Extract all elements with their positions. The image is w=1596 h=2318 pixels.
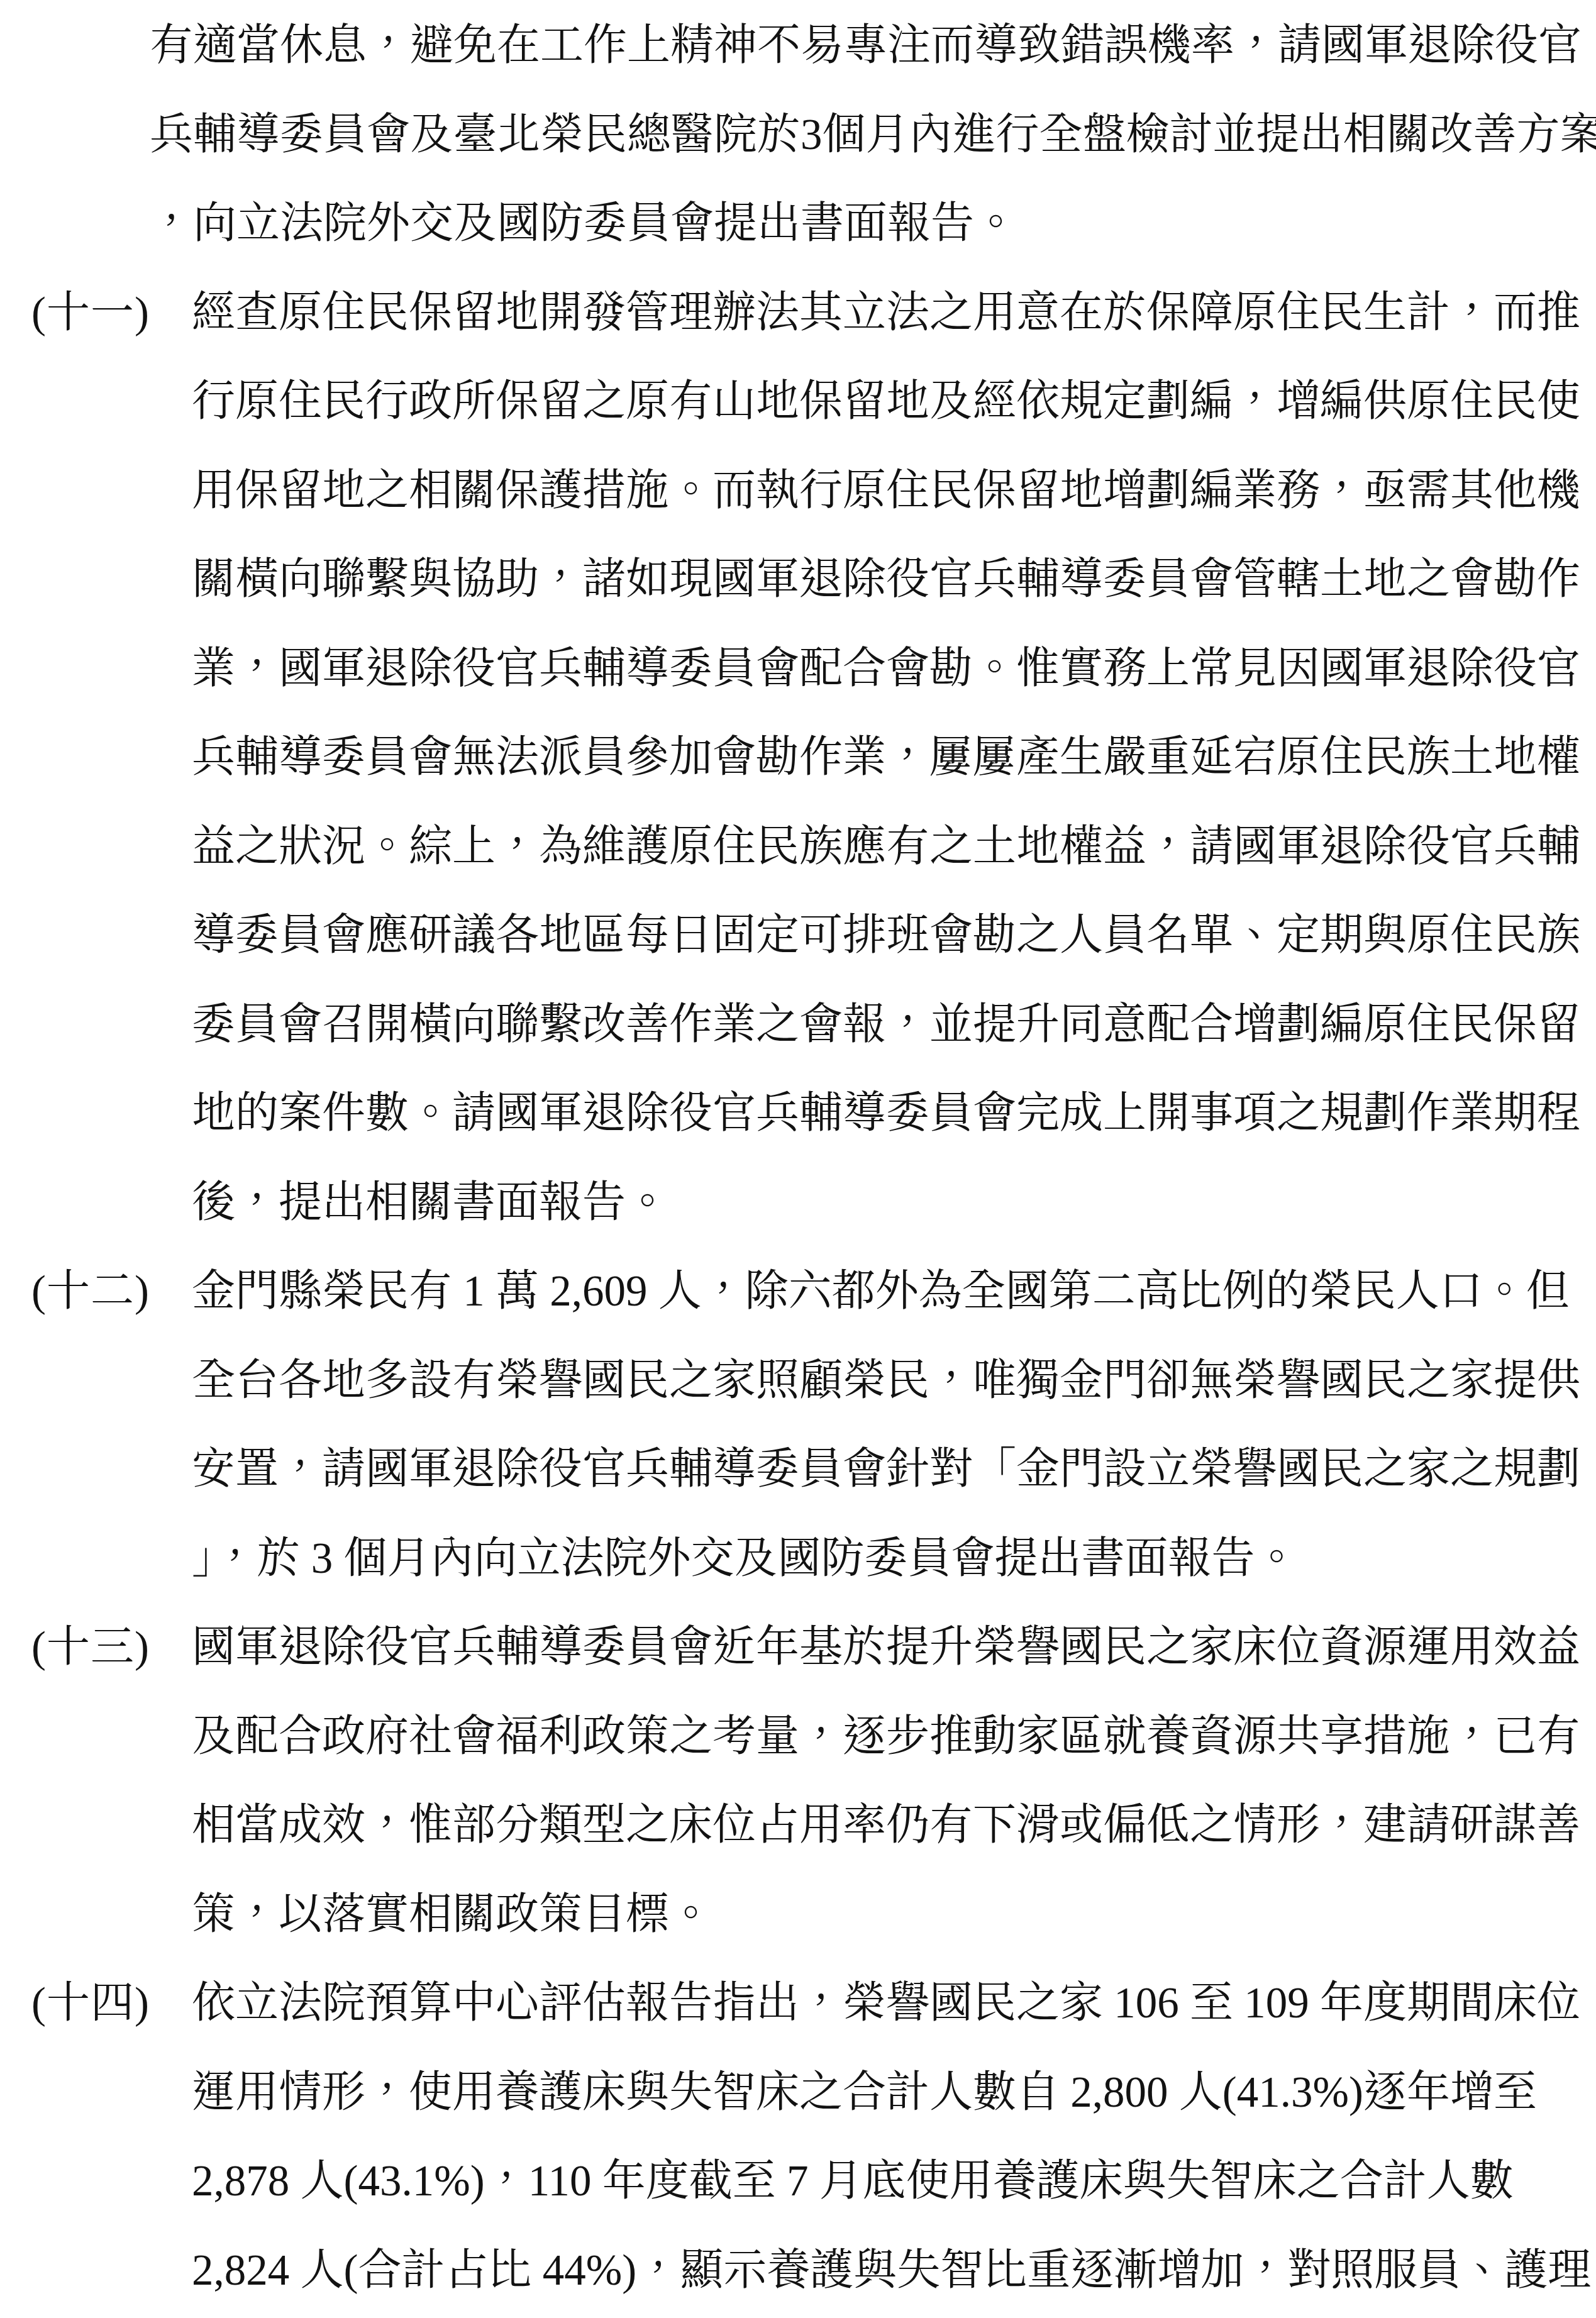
item-marker: (十一) (31, 269, 192, 358)
item-text: 經查原住民保留地開發管理辦法其立法之用意在於保障原住民生計，而推 (192, 289, 1580, 336)
text-line: 安置，請國軍退除役官兵輔導委員會針對「金門設立榮譽國民之家之規劃 (0, 1425, 1596, 1514)
item-text: 國軍退除役官兵輔導委員會近年基於提升榮譽國民之家床位資源運用效益 (192, 1623, 1580, 1671)
text-line: 兵輔導委員會無法派員參加會勘作業，屢屢產生嚴重延宕原住民族土地權 (0, 713, 1596, 802)
document-page: 有適當休息，避免在工作上精神不易專注而導致錯誤機率，請國軍退除役官 兵輔導委員會… (0, 0, 1596, 2318)
list-item-14-first-line: (十四)依立法院預算中心評估報告指出，榮譽國民之家 106 至 109 年度期間… (0, 1959, 1596, 2048)
item-marker: (十四) (31, 1959, 192, 2048)
text-line: 益之狀況。綜上，為維護原住民族應有之土地權益，請國軍退除役官兵輔 (0, 802, 1596, 892)
text-line: 及配合政府社會福利政策之考量，逐步推動家區就養資源共享措施，已有 (0, 1692, 1596, 1782)
text-line: 2,878 人(43.1%)，110 年度截至 7 月底使用養護床與失智床之合計… (0, 2137, 1596, 2226)
text-line: 2,824 人(合計占比 44%)，顯示養護與失智比重逐漸增加，對照服員、護理 (0, 2226, 1596, 2315)
text-line: 用保留地之相關保護措施。而執行原住民保留地增劃編業務，亟需其他機 (0, 446, 1596, 536)
item-text: 依立法院預算中心評估報告指出，榮譽國民之家 106 至 109 年度期間床位 (192, 1979, 1580, 2027)
text-line: 全台各地多設有榮譽國民之家照顧榮民，唯獨金門卻無榮譽國民之家提供 (0, 1336, 1596, 1426)
item-marker: (十三) (31, 1603, 192, 1692)
text-line: 相當成效，惟部分類型之床位占用率仍有下滑或偏低之情形，建請研謀善 (0, 1781, 1596, 1870)
text-line: 有適當休息，避免在工作上精神不易專注而導致錯誤機率，請國軍退除役官 (0, 1, 1596, 91)
item-marker: (十二) (31, 1247, 192, 1336)
text-line: 導委員會應研議各地區每日固定可排班會勘之人員名單、定期與原住民族 (0, 891, 1596, 980)
list-item-13-first-line: (十三)國軍退除役官兵輔導委員會近年基於提升榮譽國民之家床位資源運用效益 (0, 1603, 1596, 1692)
list-item-11-first-line: (十一)經查原住民保留地開發管理辦法其立法之用意在於保障原住民生計，而推 (0, 269, 1596, 358)
text-line: 」，於 3 個月內向立法院外交及國防委員會提出書面報告。 (0, 1514, 1596, 1604)
text-line: 運用情形，使用養護床與失智床之合計人數自 2,800 人(41.3%)逐年增至 (0, 2048, 1596, 2138)
list-item-12-first-line: (十二)金門縣榮民有 1 萬 2,609 人，除六都外為全國第二高比例的榮民人口… (0, 1247, 1596, 1336)
text-line: 委員會召開橫向聯繫改善作業之會報，並提升同意配合增劃編原住民保留 (0, 980, 1596, 1070)
text-line: 行原住民行政所保留之原有山地保留地及經依規定劃編，增編供原住民使 (0, 357, 1596, 446)
text-line: 業，國軍退除役官兵輔導委員會配合會勘。惟實務上常見因國軍退除役官 (0, 624, 1596, 714)
text-line: 地的案件數。請國軍退除役官兵輔導委員會完成上開事項之規劃作業期程 (0, 1069, 1596, 1158)
text-line: 策，以落實相關政策目標。 (0, 1870, 1596, 1960)
item-text: 金門縣榮民有 1 萬 2,609 人，除六都外為全國第二高比例的榮民人口。但 (192, 1267, 1570, 1315)
text-line: 關橫向聯繫與協助，諸如現國軍退除役官兵輔導委員會管轄土地之會勘作 (0, 535, 1596, 624)
text-line: 後，提出相關書面報告。 (0, 1158, 1596, 1248)
text-line: 兵輔導委員會及臺北榮民總醫院於3個月內進行全盤檢討並提出相關改善方案 (0, 91, 1596, 180)
text-line: ，向立法院外交及國防委員會提出書面報告。 (0, 179, 1596, 269)
